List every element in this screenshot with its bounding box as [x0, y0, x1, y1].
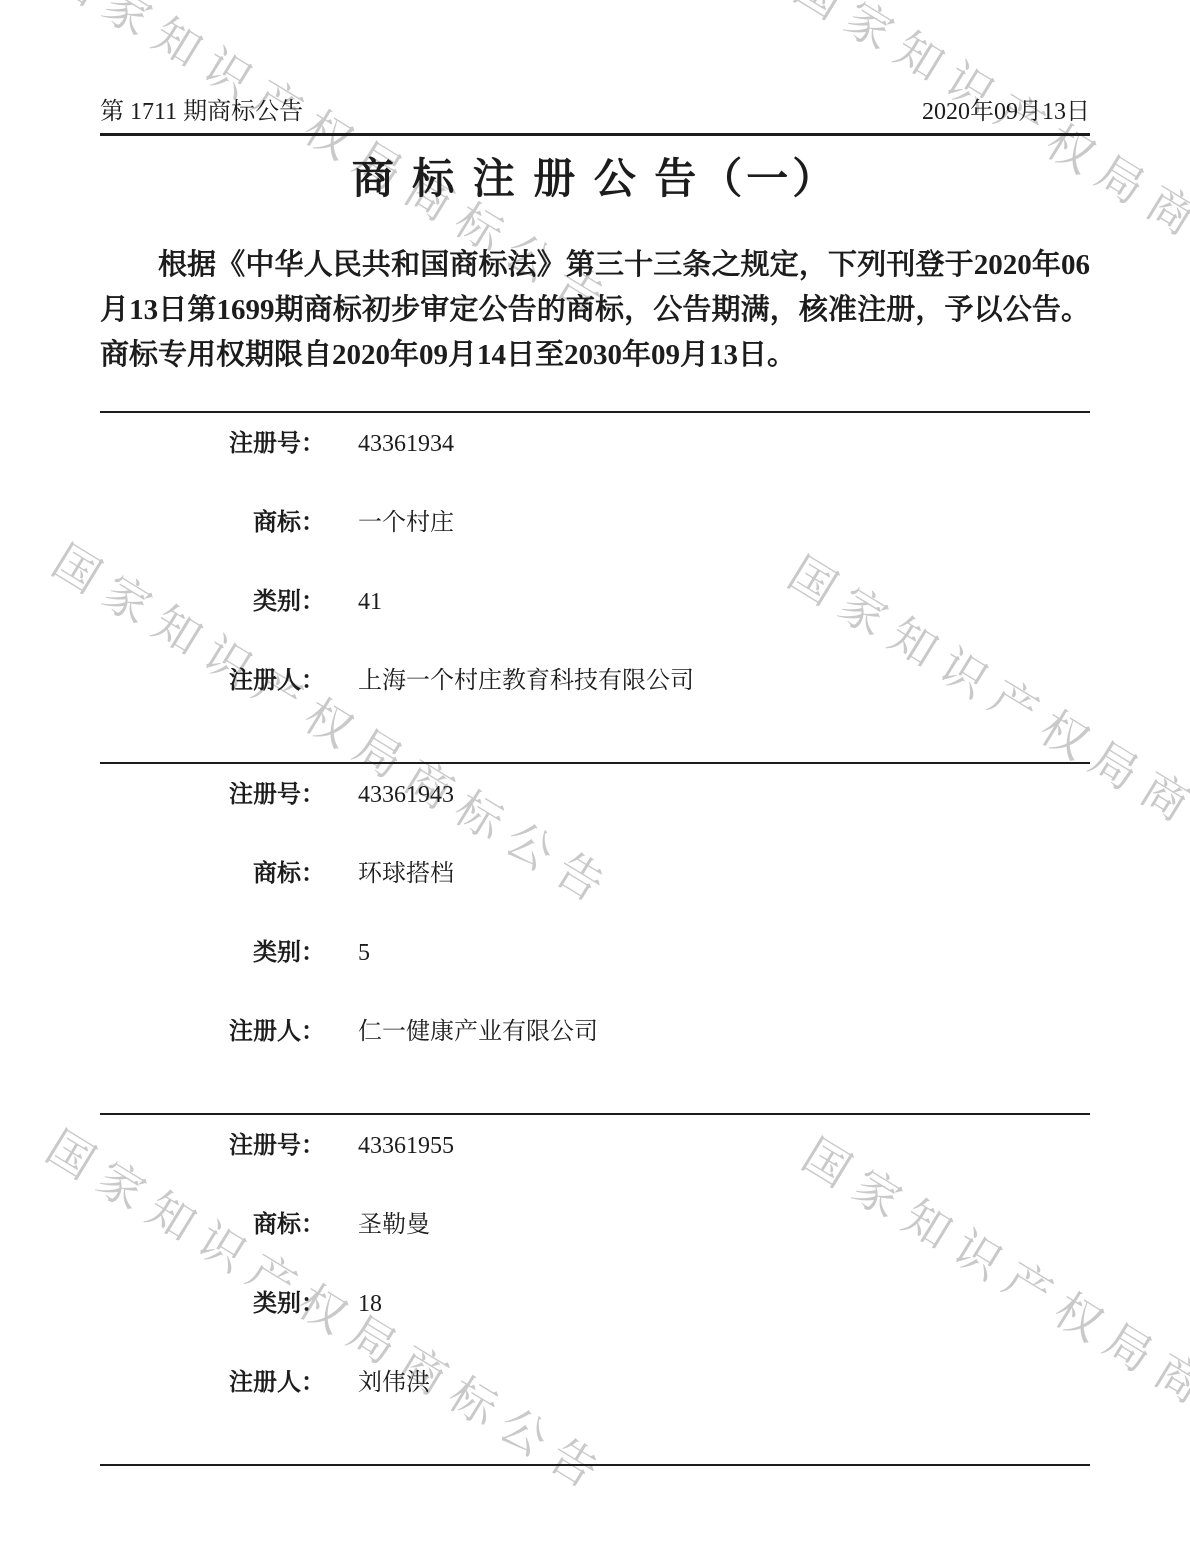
registrant-row: 注册人： 刘伟洪 [100, 1369, 1090, 1448]
category-label: 类别： [100, 939, 325, 967]
reg-no-row: 注册号： 43361943 [100, 781, 1090, 860]
trademark-value: 一个村庄 [358, 509, 454, 537]
reg-no-row: 注册号： 43361955 [100, 1132, 1090, 1211]
reg-no-label: 注册号： [100, 1132, 325, 1160]
header-divider [100, 133, 1090, 136]
trademark-value: 环球搭档 [358, 860, 454, 888]
registrant-label: 注册人： [100, 1369, 325, 1397]
category-row: 类别： 18 [100, 1290, 1090, 1369]
publication-date-label: 2020年09月13日 [922, 98, 1090, 126]
gazette-page: 国家知识产权局商标公告 国家知识产权局商标公告 国家知识产权局商标公告 国家知识… [0, 0, 1190, 1564]
page-header: 第 1711 期商标公告 2020年09月13日 [100, 98, 1090, 126]
trademark-record: 注册号： 43361955 商标： 圣勒曼 类别： 18 注册人： 刘伟洪 [100, 1113, 1090, 1464]
reg-no-value: 43361934 [358, 430, 454, 458]
trademark-label: 商标： [100, 1211, 325, 1239]
page-title: 商 标 注 册 公 告（一） [100, 146, 1090, 206]
trademark-label: 商标： [100, 509, 325, 537]
records-list: 注册号： 43361934 商标： 一个村庄 类别： 41 注册人： 上海一个村… [100, 411, 1090, 1466]
trademark-row: 商标： 圣勒曼 [100, 1211, 1090, 1290]
registrant-value: 仁一健康产业有限公司 [358, 1018, 598, 1046]
registrant-row: 注册人： 上海一个村庄教育科技有限公司 [100, 667, 1090, 746]
registrant-value: 上海一个村庄教育科技有限公司 [358, 667, 694, 695]
reg-no-row: 注册号： 43361934 [100, 430, 1090, 509]
category-value: 41 [358, 588, 382, 616]
category-row: 类别： 41 [100, 588, 1090, 667]
reg-no-value: 43361943 [358, 781, 454, 809]
trademark-value: 圣勒曼 [358, 1211, 430, 1239]
trademark-record: 注册号： 43361934 商标： 一个村庄 类别： 41 注册人： 上海一个村… [100, 411, 1090, 762]
category-label: 类别： [100, 588, 325, 616]
category-row: 类别： 5 [100, 939, 1090, 1018]
registrant-row: 注册人： 仁一健康产业有限公司 [100, 1018, 1090, 1097]
trademark-label: 商标： [100, 860, 325, 888]
issue-number-label: 第 1711 期商标公告 [100, 98, 303, 126]
reg-no-label: 注册号： [100, 430, 325, 458]
registrant-label: 注册人： [100, 667, 325, 695]
trademark-record: 注册号： 43361943 商标： 环球搭档 类别： 5 注册人： 仁一健康产业… [100, 762, 1090, 1113]
bottom-divider [100, 1464, 1090, 1466]
category-label: 类别： [100, 1290, 325, 1318]
category-value: 18 [358, 1290, 382, 1318]
trademark-row: 商标： 一个村庄 [100, 509, 1090, 588]
registrant-label: 注册人： [100, 1018, 325, 1046]
registrant-value: 刘伟洪 [358, 1369, 430, 1397]
trademark-row: 商标： 环球搭档 [100, 860, 1090, 939]
reg-no-value: 43361955 [358, 1132, 454, 1160]
category-value: 5 [358, 939, 370, 967]
intro-paragraph: 根据《中华人民共和国商标法》第三十三条之规定，下列刊登于2020年06月13日第… [100, 243, 1090, 378]
reg-no-label: 注册号： [100, 781, 325, 809]
